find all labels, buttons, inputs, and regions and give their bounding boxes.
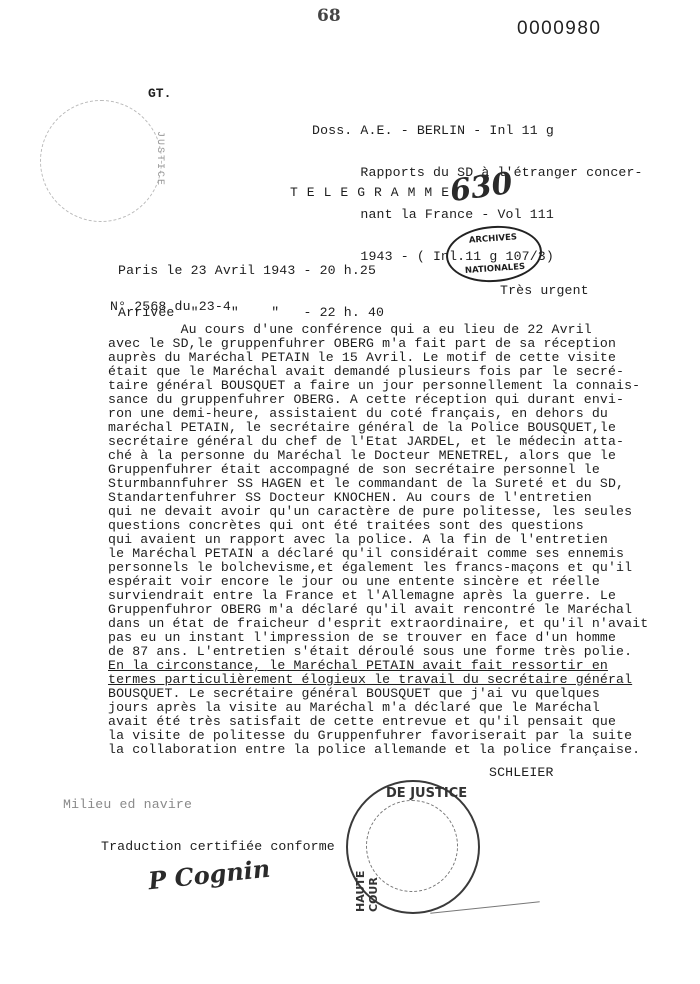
body-line: la visite de politesse du Gruppenfuhrer … [108,729,648,743]
body-line: personnels le bolchevisme,et également l… [108,561,648,575]
dossier-line: Doss. A.E. - BERLIN - Inl 11 g [312,124,643,138]
body-line: Gruppenfuhrer était accompagné de son se… [108,463,648,477]
body-line: avait été très satisfait de cette entrev… [108,715,648,729]
faded-line: Milieu ed navire [63,798,335,812]
faint-stamp-text: JUSTICE [154,131,165,187]
body-line: maréchal PETAIN, le secrétaire général d… [108,421,648,435]
body-line: taire général BOUSQUET a faire un jour p… [108,379,648,393]
body-line: dans un état de fraicheur d'esprit extra… [108,617,648,631]
telegram-number: N° 2568 du 23-4 [110,300,231,314]
body-line: termes particulièrement élogieux le trav… [108,673,648,687]
body-line: de 87 ans. L'entretien s'était déroulé s… [108,645,648,659]
page-number: 68 [317,6,341,26]
faint-justice-stamp: JUSTICE [40,100,162,222]
body-line: surviendrait entre la France et l'Allema… [108,589,648,603]
dispatch-dates: Paris le 23 Avril 1943 - 20 h.25 Arrivée… [118,236,384,334]
body-line: questions concrètes qui ont été traitées… [108,519,648,533]
body-line: avec le SD,le gruppenfuhrer OBERG m'a fa… [108,337,648,351]
telegram-body: Au cours d'une conférence qui a eu lieu … [108,323,648,757]
body-line: jours après la visite au Maréchal m'a dé… [108,701,648,715]
body-line: qui ne devait avoir qu'un caractère de p… [108,505,648,519]
body-line: la collaboration entre la police alleman… [108,743,648,757]
court-stamp-side-text: HAUTE COUR [354,838,380,912]
document-title: TELEGRAMME [290,185,458,200]
document-number: 0000980 [517,18,601,40]
body-line: En la circonstance, le Maréchal PETAIN a… [108,659,648,673]
body-line: Sturmbannfuhrer SS HAGEN et le commandan… [108,477,648,491]
certification-block: Milieu ed navire Traduction certifiée co… [63,770,335,868]
dossier-line: nant la France - Vol 111 [312,208,643,222]
body-line: ché à la personne du Maréchal le Docteur… [108,449,648,463]
urgency-label: Très urgent [500,284,589,298]
body-line: pas eu un instant l'impression de se tro… [108,631,648,645]
body-line: secrétaire général du chef de l'Etat JAR… [108,435,648,449]
body-line: Au cours d'une conférence qui a eu lieu … [108,323,648,337]
body-line: Standartenfuhrer SS Docteur KNOCHEN. Au … [108,491,648,505]
body-line: ron une demi-heure, assistaient du coté … [108,407,648,421]
body-line: Gruppenfuhror OBERG m'a déclaré qu'il av… [108,603,648,617]
body-line: le Maréchal PETAIN a déclaré qu'il consi… [108,547,648,561]
haute-cour-de-justice-stamp: DE JUSTICE HAUTE COUR [346,780,480,914]
court-stamp-top-text: DE JUSTICE [386,786,467,801]
body-line: espérait voir encore le jour ou une ente… [108,575,648,589]
body-line: BOUSQUET. Le secrétaire général BOUSQUET… [108,687,648,701]
signer-name: SCHLEIER [489,766,554,780]
sent-line: Paris le 23 Avril 1943 - 20 h.25 [118,264,384,278]
initials: GT. [148,86,171,101]
body-line: qui avaient un rapport avec la police. A… [108,533,648,547]
body-line: était que le Maréchal avait demandé plus… [108,365,648,379]
certification-text: Traduction certifiée conforme [63,840,335,854]
body-line: sance du gruppenfuhrer OBERG. A cette ré… [108,393,648,407]
body-line: auprès du Maréchal PETAIN le 15 Avril. L… [108,351,648,365]
